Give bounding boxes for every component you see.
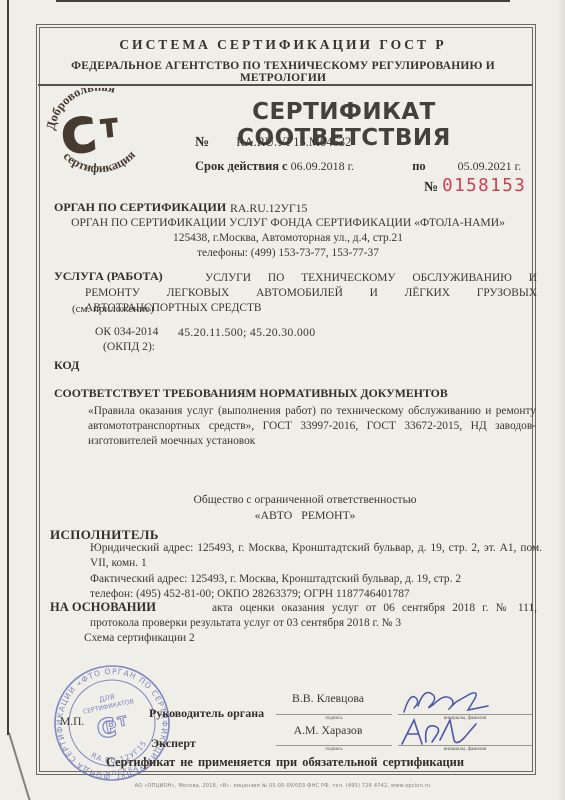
- rst-voluntary-certification-logo-icon: Добровольная сертификация С Р Т: [44, 88, 156, 176]
- head-of-body-label: Руководитель органа: [149, 706, 264, 721]
- validity-from-date: 06.09.2018 г.: [291, 159, 355, 173]
- ok-classifier-label: ОК 034-2014: [95, 325, 158, 338]
- org-reg-number: RA.RU.12УГ15: [230, 201, 307, 216]
- scan-edge-corner: [8, 732, 31, 800]
- compliance-text: «Правила оказания услуг (выполнения рабо…: [88, 404, 536, 450]
- executor-company-name: «АВТО РЕМОНТ»: [90, 508, 520, 523]
- certificate-number-label: №: [195, 135, 209, 150]
- executor-actual-address: Фактический адрес: 125493, г. Москва, Кр…: [90, 572, 542, 587]
- stamp-rst-mark: С Р Т: [94, 710, 131, 746]
- certificate-number-value: RA.RU.УГ15.М04632: [236, 135, 351, 149]
- expert-label: Эксперт: [151, 736, 196, 751]
- head-signature-line: [276, 714, 392, 715]
- executor-company-type: Общество с ограниченной ответственностью: [90, 493, 520, 506]
- svg-text:Т: Т: [100, 114, 120, 144]
- scan-edge-top: [56, 0, 510, 2]
- logo-rst-mark: С Р Т: [59, 105, 121, 165]
- expert-signature-caption: подпись: [276, 747, 392, 752]
- svg-text:Т: Т: [117, 714, 129, 731]
- agency-title: ФЕДЕРАЛЬНОЕ АГЕНТСТВО ПО ТЕХНИЧЕСКОМУ РЕ…: [40, 60, 526, 84]
- executor-phone-okpo-ogrn: телефон: (495) 452-81-00; ОКПО 28263379;…: [90, 587, 542, 602]
- scan-edge-right: [557, 0, 565, 800]
- expert-signature-line: [276, 745, 392, 746]
- svg-text:Р: Р: [104, 717, 119, 737]
- stamp-place-label: М.П.: [60, 716, 84, 728]
- serial-number: №0158153: [424, 176, 526, 196]
- code-section-label: КОД: [54, 358, 79, 373]
- validity-label: Срок действия: [195, 159, 279, 173]
- org-phones: телефоны: (499) 153-73-77, 153-77-37: [60, 247, 516, 259]
- okpd-label: (ОКПД 2):: [103, 340, 155, 353]
- svg-text:Р: Р: [78, 119, 101, 152]
- certificate-number-row: № RA.RU.УГ15.М04632: [195, 135, 351, 151]
- scan-edge-left: [7, 0, 9, 735]
- org-address: 125438, г.Москва, Автомоторная ул., д.4,…: [60, 232, 516, 244]
- validity-to-date: 05.09.2021 г.: [458, 159, 522, 173]
- expert-handwritten-signature: [398, 716, 508, 750]
- validity-to-label: по: [412, 159, 425, 173]
- basis-text: акта оценки оказания услуг от 06 сентябр…: [90, 601, 537, 631]
- serial-number-digits: 0158153: [442, 176, 526, 196]
- compliance-section-label: СООТВЕТСТВУЕТ ТРЕБОВАНИЯМ НОРМАТИВНЫХ ДО…: [54, 386, 448, 401]
- printer-imprint: АО «ОПЦИОН», Москва, 2018, «В». лицензия…: [60, 783, 505, 789]
- okpd-codes: 45.20.11.500; 45.20.30.000: [178, 325, 315, 340]
- serial-number-label: №: [424, 180, 438, 195]
- footer-restriction-note: Сертификат не применяется при обязательн…: [40, 755, 530, 770]
- org-name: ОРГАН ПО СЕРТИФИКАЦИИ УСЛУГ ФОНДА СЕРТИФ…: [60, 216, 516, 229]
- head-name: В.В. Клевцова: [268, 691, 388, 706]
- head-signature-caption: подпись: [276, 716, 392, 721]
- org-section-label: ОРГАН ПО СЕРТИФИКАЦИИ: [54, 200, 226, 215]
- validity-from-label: с: [282, 159, 288, 173]
- org-round-stamp: ОРГАН ПО СЕРТИФИКАЦИИ УСЛУГ ФОНДА СЕРТИФ…: [36, 648, 187, 798]
- certificate-page: СИСТЕМА СЕРТИФИКАЦИИ ГОСТ Р ФЕДЕРАЛЬНОЕ …: [0, 0, 565, 800]
- validity-row: Срок действия с 06.09.2018 г. по 05.09.2…: [195, 159, 521, 174]
- certification-scheme: Схема сертификации 2: [84, 632, 195, 644]
- head-handwritten-signature: [400, 686, 510, 718]
- header-divider: [38, 84, 532, 86]
- executor-legal-address: Юридический адрес: 125493, г. Москва, Кр…: [90, 541, 542, 571]
- expert-name: А.М. Харазов: [268, 723, 388, 738]
- service-note: (см. приложение): [72, 303, 154, 315]
- system-title: СИСТЕМА СЕРТИФИКАЦИИ ГОСТ Р: [40, 37, 526, 53]
